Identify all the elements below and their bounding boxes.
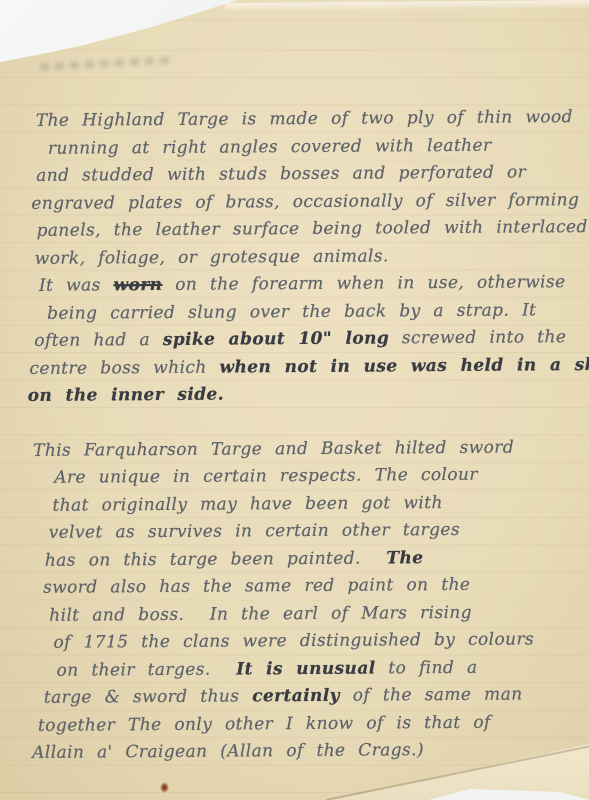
paragraph: The Highland Targe is made of two ply of… bbox=[26, 104, 575, 273]
handwritten-text: of the same man bbox=[340, 684, 523, 705]
handwritten-line: velvet as survives in certain other targ… bbox=[29, 516, 577, 547]
handwritten-text: together The only other I know of is tha… bbox=[38, 712, 491, 735]
handwritten-text: velvet as survives in certain other targ… bbox=[49, 520, 460, 543]
handwritten-line: often had a spike about 10" long screwed… bbox=[27, 324, 575, 355]
handwritten-text: being carried slung over the back by a s… bbox=[47, 300, 536, 323]
handwritten-line: This Farquharson Targe and Basket hilted… bbox=[28, 434, 576, 465]
handwritten-line: being carried slung over the back by a s… bbox=[27, 297, 575, 328]
handwritten-text: panels, the leather surface being tooled… bbox=[36, 217, 587, 241]
handwritten-text: has on this targe been painted. bbox=[45, 548, 387, 570]
emphasized-text: worn bbox=[113, 275, 162, 295]
handwritten-text: It was bbox=[39, 275, 114, 296]
handwritten-line: It was worn on the forearm when in use, … bbox=[27, 269, 575, 300]
handwritten-line: running at right angles covered with lea… bbox=[26, 132, 574, 163]
emphasized-text: The bbox=[386, 548, 423, 568]
handwritten-text: running at right angles covered with lea… bbox=[48, 135, 492, 158]
handwritten-line: on the inner side. bbox=[28, 379, 576, 410]
handwritten-line: The Highland Targe is made of two ply of… bbox=[26, 104, 574, 135]
handwritten-line: centre boss which when not in use was he… bbox=[27, 352, 575, 383]
handwritten-text: hilt and boss. In the earl of Mars risin… bbox=[49, 602, 472, 625]
handwritten-line: hilt and boss. In the earl of Mars risin… bbox=[29, 599, 577, 630]
handwritten-line: on their targes. It is unusual to find a bbox=[30, 654, 578, 685]
handwritten-text: and studded with studs bosses and perfor… bbox=[36, 162, 526, 185]
handwritten-line: sword also has the same red paint on the bbox=[29, 571, 577, 602]
stain-spot bbox=[160, 782, 169, 793]
handwritten-text: to find a bbox=[375, 657, 477, 678]
emphasized-text: when not in use was held in a sheath bbox=[219, 354, 589, 377]
handwritten-line: has on this targe been painted. The bbox=[29, 544, 577, 575]
handwritten-line: engraved plates of brass, occasionally o… bbox=[26, 187, 574, 218]
handwritten-text: on the forearm when in use, otherwise bbox=[162, 272, 565, 295]
handwritten-text: sword also has the same red paint on the bbox=[43, 575, 470, 598]
handwritten-line: panels, the leather surface being tooled… bbox=[26, 214, 574, 245]
handwritten-text: of 1715 the clans were distinguished by … bbox=[53, 629, 534, 652]
emphasized-text: It is unusual bbox=[236, 658, 375, 679]
handwritten-line: targe & sword thus certainly of the same… bbox=[30, 681, 578, 712]
handwritten-text: engraved plates of brass, occasionally o… bbox=[31, 190, 579, 214]
handwritten-line: Allain a' Craigean (Allan of the Crags.) bbox=[30, 736, 578, 767]
handwritten-line: of 1715 the clans were distinguished by … bbox=[29, 626, 577, 657]
paragraph: It was worn on the forearm when in use, … bbox=[27, 269, 576, 410]
handwritten-text: that originally may have been got with bbox=[52, 493, 442, 516]
handwritten-line: work, foliage, or grotesque animals. bbox=[27, 242, 575, 273]
emphasized-text: certainly bbox=[252, 686, 340, 707]
handwritten-text: screwed into the bbox=[389, 327, 566, 348]
handwritten-line: and studded with studs bosses and perfor… bbox=[26, 159, 574, 190]
emphasized-text: on the inner side. bbox=[28, 385, 224, 406]
handwritten-text: This Farquharson Targe and Basket hilted… bbox=[33, 437, 514, 460]
handwritten-text: targe & sword thus bbox=[44, 686, 252, 707]
paragraph: This Farquharson Targe and Basket hilted… bbox=[28, 434, 578, 768]
handwritten-text: Allain a' Craigean (Allan of the Crags.) bbox=[32, 740, 424, 763]
handwritten-line: that originally may have been got with bbox=[28, 489, 576, 520]
handwritten-text: Are unique in certain respects. The colo… bbox=[54, 465, 478, 488]
emphasized-text: spike about 10" long bbox=[163, 328, 389, 350]
handwritten-text: The Highland Targe is made of two ply of… bbox=[36, 107, 573, 131]
handwritten-line: Are unique in certain respects. The colo… bbox=[28, 461, 576, 492]
handwritten-text: centre boss which bbox=[29, 357, 219, 378]
manuscript: The Highland Targe is made of two ply of… bbox=[26, 104, 579, 767]
handwritten-text: work, foliage, or grotesque animals. bbox=[35, 246, 389, 268]
handwritten-text: on their targes. bbox=[57, 659, 237, 680]
handwritten-text: often had a bbox=[34, 330, 163, 351]
handwritten-line: together The only other I know of is tha… bbox=[30, 709, 578, 740]
